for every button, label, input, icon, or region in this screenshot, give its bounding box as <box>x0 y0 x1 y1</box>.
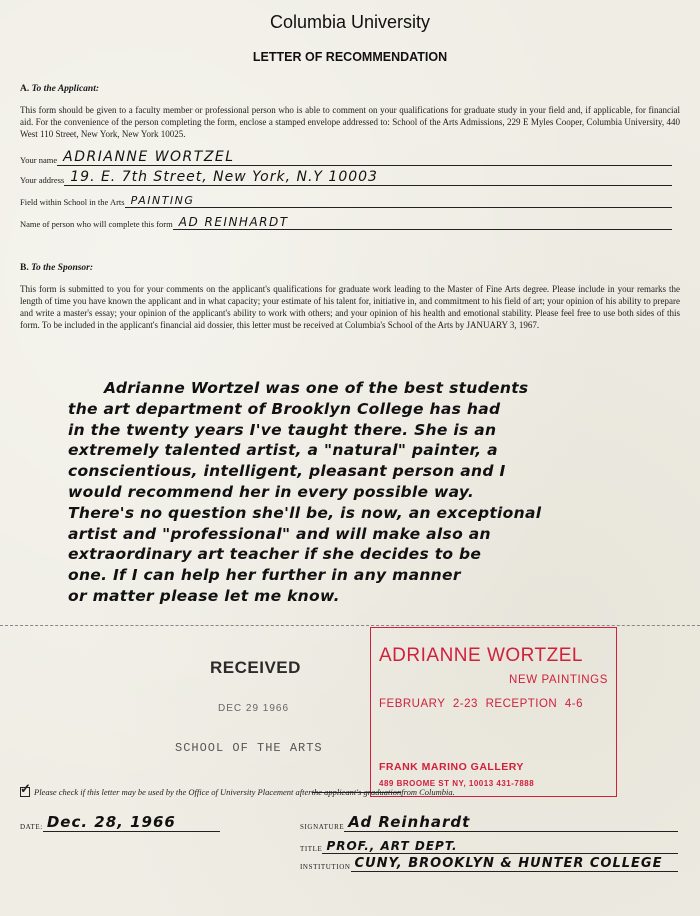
address-field[interactable]: Your address 19. E. 7th Street, New York… <box>20 166 672 186</box>
institution-field[interactable]: INSTITUTION CUNY, Brooklyn & Hunter Coll… <box>300 852 678 872</box>
field-of-study-line: Painting <box>125 187 672 208</box>
institution-label: INSTITUTION <box>300 863 351 872</box>
placement-consent: ✓ Please check if this letter may be use… <box>20 787 455 797</box>
section-b-letter: B. <box>20 263 29 273</box>
field-of-study-label: Field within School in the Arts <box>20 197 125 208</box>
stamp-show: NEW PAINTINGS <box>509 674 608 686</box>
letter-line: conscientious, intelligent, pleasant per… <box>68 461 628 482</box>
signature-line: Ad Reinhardt <box>344 811 678 832</box>
letter-line: the art department of Brooklyn College h… <box>68 399 628 420</box>
placement-text: Please check if this letter may be used … <box>34 787 312 797</box>
placement-text-end: from Columbia. <box>401 787 455 797</box>
letter-line: There's no question she'll be, is now, a… <box>68 503 628 524</box>
received-stamp-date: DEC 29 1966 <box>218 703 289 714</box>
stamp-gallery: FRANK MARINO GALLERY <box>379 761 524 773</box>
checkmark-icon: ✓ <box>20 781 31 797</box>
letter-line: in the twenty years I've taught there. S… <box>68 420 628 441</box>
completer-field[interactable]: Name of person who will complete this fo… <box>20 210 672 230</box>
field-of-study-value[interactable]: Painting <box>131 194 195 207</box>
signature-field[interactable]: SIGNATURE Ad Reinhardt <box>300 812 678 832</box>
date-line: Dec. 28, 1966 <box>43 811 220 832</box>
name-line: Adrianne Wortzel <box>57 145 672 166</box>
signature-label: SIGNATURE <box>300 823 344 832</box>
date-field[interactable]: DATE: Dec. 28, 1966 <box>20 812 220 832</box>
letter-line: Adrianne Wortzel was one of the best stu… <box>68 378 628 399</box>
form-title: LETTER OF RECOMMENDATION <box>0 50 700 64</box>
section-a-instructions: This form should be given to a faculty m… <box>20 104 680 140</box>
letter-line: artist and "professional" and will make … <box>68 524 628 545</box>
gallery-announcement-stamp: ADRIANNE WORTZEL NEW PAINTINGS FEBRUARY … <box>370 627 617 797</box>
completer-value[interactable]: Ad Reinhardt <box>179 215 289 229</box>
stamp-dates: FEBRUARY 2-23 RECEPTION 4-6 <box>379 698 583 710</box>
letter-line: or matter please let me know. <box>68 586 628 607</box>
section-a-heading: A. To the Applicant: <box>20 84 99 94</box>
letter-line: extraordinary art teacher if she decides… <box>68 544 628 565</box>
section-b-instructions: This form is submitted to you for your c… <box>20 283 680 331</box>
address-value[interactable]: 19. E. 7th Street, New York, N.Y 10003 <box>70 169 378 185</box>
institution-value[interactable]: CUNY, Brooklyn & Hunter College <box>355 856 663 871</box>
section-b-title: To the Sponsor: <box>31 263 93 273</box>
name-label: Your name <box>20 155 57 166</box>
section-a-title: To the Applicant: <box>32 84 99 94</box>
completer-label: Name of person who will complete this fo… <box>20 219 173 230</box>
date-label: DATE: <box>20 823 43 832</box>
name-value[interactable]: Adrianne Wortzel <box>63 149 234 165</box>
institution-line: CUNY, Brooklyn & Hunter College <box>351 851 678 872</box>
page-divider <box>0 625 700 626</box>
received-stamp-title: RECEIVED <box>210 658 301 678</box>
institution-title: Columbia University <box>0 12 700 33</box>
field-of-study-field[interactable]: Field within School in the Arts Painting <box>20 188 672 208</box>
placement-checkbox[interactable]: ✓ <box>20 787 30 797</box>
address-label: Your address <box>20 175 64 186</box>
received-stamp-office: SCHOOL OF THE ARTS <box>175 741 323 755</box>
placement-struck-text: the applicant's graduation <box>312 787 402 797</box>
name-field[interactable]: Your name Adrianne Wortzel <box>20 146 672 166</box>
section-b-heading: B. To the Sponsor: <box>20 263 93 273</box>
date-value[interactable]: Dec. 28, 1966 <box>47 813 176 831</box>
letter-line: would recommend her in every possible wa… <box>68 482 628 503</box>
letter-line: extremely talented artist, a "natural" p… <box>68 440 628 461</box>
signature-value[interactable]: Ad Reinhardt <box>348 813 470 831</box>
completer-line: Ad Reinhardt <box>173 209 672 230</box>
recommendation-letter: Adrianne Wortzel was one of the best stu… <box>68 378 628 607</box>
stamp-artist: ADRIANNE WORTZEL <box>379 645 583 667</box>
letter-line: one. If I can help her further in any ma… <box>68 565 628 586</box>
address-line: 19. E. 7th Street, New York, N.Y 10003 <box>64 165 672 186</box>
section-a-letter: A. <box>20 84 29 94</box>
